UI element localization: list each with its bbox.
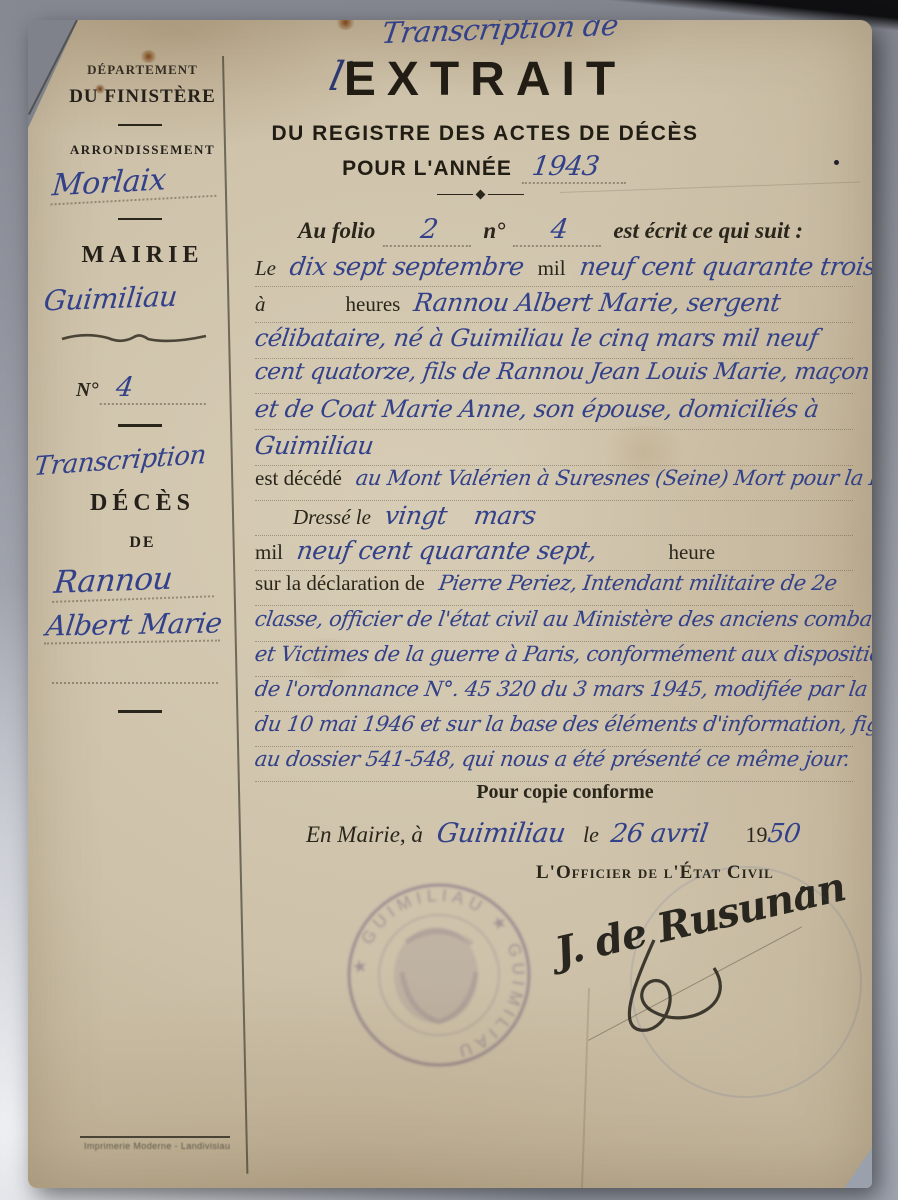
printed-heures: heures	[346, 292, 401, 316]
handwritten-dressed-date: vingt mars	[383, 501, 538, 530]
handwritten-name: Rannou Albert Marie, sergent	[412, 288, 782, 317]
sidebar-rule	[118, 124, 162, 126]
body-line-7: est décédé au Mont Valérien à Suresnes (…	[255, 466, 853, 501]
sidebar-dash	[118, 710, 162, 713]
copy-conform-label: Pour copie conforme	[255, 781, 872, 804]
sidebar-deces-label: DÉCÈS	[45, 490, 240, 517]
column-separator-line	[222, 56, 248, 1174]
sidebar-arrondissement-value: Morlaix	[50, 160, 219, 206]
printed-en-mairie: En Mairie, à	[306, 822, 423, 847]
handwritten-text: et de Coat Marie Anne, son épouse, domic…	[253, 395, 820, 423]
numero-label: N°	[76, 379, 98, 401]
mairie-stamp: ★ GUIMILIAU ★ GUIMILIAU	[336, 872, 542, 1078]
body-line-1: Le dix sept septembre mil neuf cent quar…	[255, 252, 853, 287]
printed-mil: mil	[538, 256, 566, 280]
body-line-3: célibataire, né à Guimiliau le cinq mars…	[255, 324, 853, 359]
handwritten-text: cent quatorze, fils de Rannou Jean Louis…	[253, 359, 871, 385]
ghost-stamp-arc	[630, 866, 862, 1098]
folio-suffix: est écrit ce qui suit :	[613, 218, 803, 243]
sidebar-mairie-value: Guimiliau	[42, 280, 178, 318]
printer-imprint: Imprimerie Moderne - Landivisiau	[84, 1141, 230, 1151]
handwritten-year: neuf cent quarante trois	[578, 252, 872, 281]
printed-mil: mil	[255, 540, 283, 564]
rust-stain	[336, 20, 355, 30]
body-line-15: au dossier 541-548, qui nous a été prése…	[255, 747, 853, 782]
handwritten-dressed-year: neuf cent quarante sept,	[295, 536, 599, 565]
folio-value: 2	[383, 214, 476, 247]
handwritten-text: et Victimes de la guerre à Paris, confor…	[253, 642, 872, 666]
body-line-8: Dressé le vingt mars	[255, 501, 853, 536]
imprint-rule	[80, 1136, 230, 1138]
folio-label: Au folio	[298, 218, 375, 243]
body-line-13: de l'ordonnance N°. 45 320 du 3 mars 194…	[255, 677, 853, 712]
body-line-10: sur la déclaration de Pierre Periez, Int…	[255, 571, 853, 606]
printed-heure: heure	[668, 540, 715, 564]
printed-year-prefix: 19	[746, 822, 768, 847]
handwritten-text: de l'ordonnance N°. 45 320 du 3 mars 194…	[253, 677, 872, 701]
handwritten-text: du 10 mai 1946 et sur la base des élémen…	[253, 712, 872, 736]
document-subtitle: DU REGISTRE DES ACTES DE DÉCÈS	[255, 122, 715, 146]
sidebar-departement-value: DU FINISTÈRE	[45, 86, 240, 108]
paper-crease	[581, 988, 589, 1188]
sidebar-blank-line	[52, 668, 218, 684]
sidebar-rule	[118, 218, 162, 220]
handwritten-text: au dossier 541-548, qui nous a été prése…	[253, 747, 851, 771]
printed-le: le	[583, 822, 599, 847]
printed-le: Le	[255, 256, 276, 280]
ink-dot	[834, 160, 839, 165]
handwritten-text: célibataire, né à Guimiliau le cinq mars…	[253, 324, 820, 352]
acte-number-label: n°	[483, 218, 505, 243]
numero-value: 4	[100, 372, 211, 405]
acte-number-value: 4	[513, 214, 606, 247]
body-line-4: cent quatorze, fils de Rannou Jean Louis…	[255, 359, 853, 394]
handwritten-text: classe, officier de l'état civil au Mini…	[253, 607, 872, 631]
body-line-2: à heures Rannou Albert Marie, sergent	[255, 288, 853, 323]
folded-corner-bottom-right	[843, 1146, 872, 1188]
ornament-divider	[437, 191, 524, 198]
sidebar-mairie-label: MAIRIE	[45, 242, 240, 269]
body-line-12: et Victimes de la guerre à Paris, confor…	[255, 642, 853, 677]
handwritten-year-suffix: 50	[765, 819, 801, 849]
body-line-11: classe, officier de l'état civil au Mini…	[255, 607, 853, 642]
printed-est-decede: est décédé	[255, 466, 342, 490]
document-paper: DÉPARTEMENT DU FINISTÈRE ARRONDISSEMENT …	[28, 20, 872, 1188]
sidebar-numero: N° 4	[76, 372, 208, 405]
printed-dresse-le: Dressé le	[293, 505, 371, 529]
sidebar-dash	[118, 424, 162, 427]
sidebar-departement-label: DÉPARTEMENT	[45, 62, 240, 78]
sidebar-de-label: DE	[45, 534, 240, 552]
body-line-5: et de Coat Marie Anne, son épouse, domic…	[255, 395, 853, 430]
sidebar-transcription-note: Transcription	[33, 440, 208, 482]
sidebar-deceased-name-2: Albert Marie	[44, 606, 224, 644]
handwritten-declarant: Pierre Periez, Intendant militaire de 2e	[437, 571, 838, 595]
body-line-9: mil neuf cent quarante sept, heure	[255, 536, 853, 571]
folio-row: Au folio 2 n° 4 est écrit ce qui suit :	[298, 214, 803, 247]
sidebar-arrondissement-label: ARRONDISSEMENT	[45, 142, 240, 158]
photo-scene: DÉPARTEMENT DU FINISTÈRE ARRONDISSEMENT …	[0, 0, 898, 1200]
handwritten-text: Guimiliau	[253, 431, 375, 460]
printed-declaration-label: sur la déclaration de	[255, 571, 425, 595]
handwritten-place: Guimiliau	[435, 818, 567, 849]
body-line-14: du 10 mai 1946 et sur la base des élémen…	[255, 712, 853, 747]
year-row: POUR L'ANNÉE 1943	[255, 151, 715, 184]
printed-a: à	[255, 292, 266, 316]
body-line-6: Guimiliau	[255, 431, 853, 466]
document-title: EXTRAIT	[270, 52, 700, 107]
handwritten-death-place: au Mont Valérien à Suresnes (Seine) Mort…	[354, 466, 872, 490]
handwritten-date: 26 avril	[609, 819, 710, 849]
handwritten-date: dix sept septembre	[288, 252, 526, 281]
year-label: POUR L'ANNÉE	[342, 157, 512, 180]
sidebar-deceased-name-1: Rannou	[52, 559, 218, 603]
place-date-row: En Mairie, à Guimiliau le 26 avril 1950	[306, 818, 800, 849]
year-value: 1943	[522, 151, 631, 184]
sidebar-wavy-divider	[60, 328, 210, 348]
handwritten-top-note: Transcription de	[380, 20, 621, 50]
